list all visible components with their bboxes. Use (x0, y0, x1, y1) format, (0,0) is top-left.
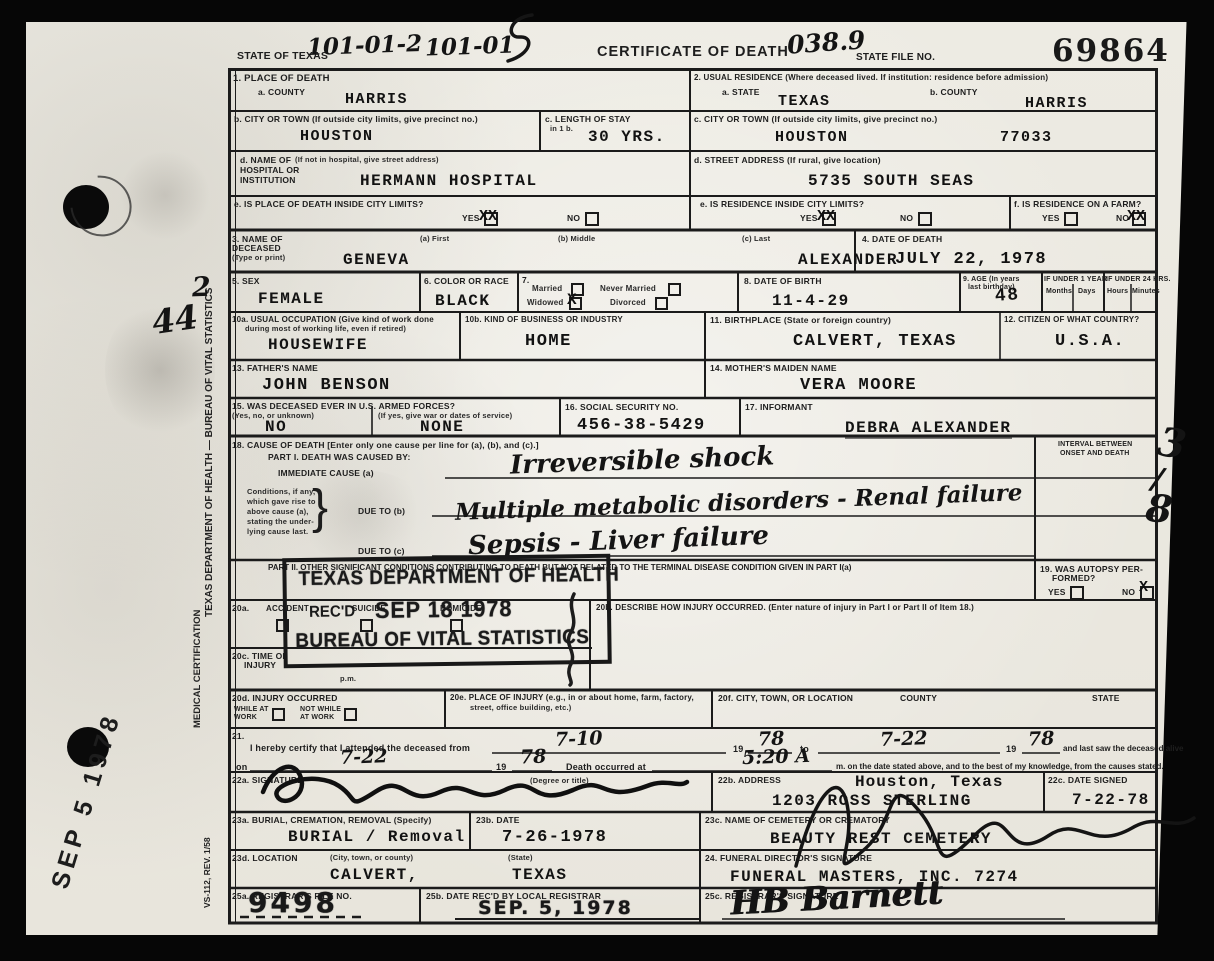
pm-label: p.m. (340, 674, 356, 683)
degree-or-title-label: (Degree or title) (530, 776, 589, 785)
autopsy-yes-checkbox (1070, 586, 1084, 600)
citizen-label: 12. CITIZEN OF WHAT COUNTRY? (1004, 315, 1139, 324)
not-while-at-work-label-1: NOT WHILE (300, 706, 341, 713)
sex-label: 5. SEX (232, 276, 260, 286)
residence-zip-value: 77033 (1000, 129, 1053, 146)
place-limits-no: NO (567, 213, 580, 223)
funeral-director-signature-scrawl (790, 748, 1200, 898)
if-under-1-year-label: IF UNDER 1 YEAR (1044, 276, 1107, 283)
birthplace-label: 11. BIRTHPLACE (State or foreign country… (710, 315, 891, 325)
never-married-label: Never Married (600, 284, 656, 293)
age-value: 48 (994, 285, 1020, 307)
hospital-name-label: d. NAME OF (240, 155, 291, 165)
burial-value: BURIAL / Removal (288, 828, 466, 846)
conditions-brace: } (312, 480, 328, 535)
divorced-checkbox (655, 297, 668, 310)
first-name-label: (a) First (420, 234, 449, 243)
not-while-at-work-label-2: AT WORK (300, 714, 334, 721)
place-of-injury-label-2: street, office building, etc.) (470, 703, 571, 712)
burial-location-state: TEXAS (512, 866, 568, 884)
length-of-stay-label: c. LENGTH OF STAY (545, 114, 631, 124)
farm-yes-checkbox (1064, 212, 1078, 226)
conditions-line-5: lying cause last. (247, 527, 308, 536)
deceased-label: DECEASED (232, 243, 281, 253)
birthplace-value: CALVERT, TEXAS (793, 332, 957, 351)
widowed-mark: X (567, 291, 577, 309)
residence-county-value: HARRIS (1025, 95, 1088, 112)
interval-note-8: 8 (1144, 485, 1175, 533)
if-under-24-hrs-label: IF UNDER 24 HRS. (1106, 276, 1171, 283)
place-limits-label: e. IS PLACE OF DEATH INSIDE CITY LIMITS? (234, 199, 424, 209)
conditions-line-4: stating the under- (247, 517, 314, 526)
received-stamp-line1: TEXAS DEPARTMENT OF HEALTH (298, 564, 619, 591)
conditions-line-1: Conditions, if any, (247, 487, 315, 496)
mother-value: VERA MOORE (800, 376, 917, 395)
armed-forces-label: 15. WAS DECEASED EVER IN U.S. ARMED FORC… (232, 401, 455, 411)
hours-label: Hours (1107, 288, 1128, 295)
date-of-birth-value: 11-4-29 (772, 292, 850, 310)
institution-label: INSTITUTION (240, 175, 296, 185)
handwritten-code-1: 101-01-2 (307, 30, 423, 61)
place-limits-yes-mark: XX (479, 208, 497, 225)
conditions-line-2: which gave rise to (247, 497, 316, 506)
certify-on: on (236, 762, 247, 772)
length-of-stay-value: 30 YRS. (588, 128, 666, 146)
date-of-birth-label: 8. DATE OF BIRTH (744, 276, 822, 286)
ssn-value: 456-38-5429 (577, 416, 706, 435)
place-of-injury-label-1: 20e. PLACE OF INJURY (e.g., in or about … (450, 693, 694, 702)
certificate-title: CERTIFICATE OF DEATH (597, 44, 789, 60)
father-value: JOHN BENSON (262, 376, 391, 395)
months-label: Months (1046, 288, 1072, 295)
industry-label: 10b. KIND OF BUSINESS OR INDUSTRY (465, 315, 623, 324)
injury-type-number: 20a. (232, 603, 249, 613)
conditions-line-3: above cause (a), (247, 507, 309, 516)
interval-label-1: INTERVAL BETWEEN (1058, 441, 1132, 448)
farm-label: f. IS RESIDENCE ON A FARM? (1014, 199, 1141, 209)
while-at-work-label-1: WHILE AT (234, 706, 269, 713)
registrar-file-value: 9498 (248, 886, 338, 919)
autopsy-label-2: FORMED? (1052, 573, 1095, 583)
race-value: BLACK (435, 292, 491, 310)
armed-forces-value2: NONE (420, 418, 464, 436)
farm-no-mark: XX (1127, 208, 1145, 225)
describe-injury-label: 20b. DESCRIBE HOW INJURY OCCURRED. (Ente… (596, 603, 974, 612)
place-of-death-label: 1. PLACE OF DEATH (233, 73, 330, 84)
street-address-label: d. STREET ADDRESS (If rural, give locati… (694, 155, 881, 165)
burial-date-label: 23b. DATE (476, 815, 520, 825)
residence-city-value: HOUSTON (775, 129, 849, 146)
scanned-death-certificate: STATE OF TEXAS 101-01-2 101-01 CERTIFICA… (0, 0, 1214, 961)
age-label-1: 9. AGE (In years (963, 276, 1020, 283)
autopsy-no-mark: X (1139, 579, 1148, 596)
place-limits-no-checkbox (585, 212, 599, 226)
never-married-checkbox (668, 283, 681, 296)
minutes-label: Minutes (1132, 288, 1160, 295)
mother-label: 14. MOTHER'S MAIDEN NAME (710, 363, 837, 373)
burial-location-sub2: (State) (508, 853, 533, 862)
length-of-stay-sublabel: in 1 b. (550, 124, 573, 133)
physician-signature-scrawl (255, 752, 695, 817)
margin-note-44: 44 (150, 297, 201, 342)
received-stamp-line3: BUREAU OF VITAL STATISTICS (295, 626, 589, 653)
residence-county-label: b. COUNTY (930, 87, 978, 97)
days-label: Days (1078, 288, 1096, 295)
ssn-label: 16. SOCIAL SECURITY NO. (565, 402, 678, 412)
burial-location-sub1: (City, town, or county) (330, 853, 413, 862)
residence-state-label: a. STATE (722, 87, 760, 97)
armed-forces-value1: NO (265, 418, 287, 436)
residence-limits-no-checkbox (918, 212, 932, 226)
hospital-value: HERMANN HOSPITAL (360, 172, 538, 190)
stamp-ink-squiggle (562, 592, 592, 687)
residence-limits-yes: YES (800, 213, 818, 223)
residence-limits-label: e. IS RESIDENCE INSIDE CITY LIMITS? (700, 199, 864, 209)
time-of-injury-label-2: INJURY (244, 660, 276, 670)
middle-name-label: (b) Middle (558, 234, 595, 243)
while-at-work-checkbox (272, 708, 285, 721)
widowed-label: Widowed (527, 298, 563, 307)
autopsy-no: NO (1122, 587, 1135, 597)
occupation-value: HOUSEWIFE (268, 336, 368, 354)
residence-limits-no: NO (900, 213, 913, 223)
divorced-label: Divorced (610, 298, 646, 307)
citizen-value: U.S.A. (1055, 332, 1125, 351)
injury-county-label: COUNTY (900, 693, 937, 703)
medical-certification-vertical-text: MEDICAL CERTIFICATION (192, 548, 203, 728)
hospital-or-label: HOSPITAL OR (240, 165, 300, 175)
while-at-work-label-2: WORK (234, 714, 257, 721)
hospital-name-sublabel: (If not in hospital, give street address… (295, 155, 439, 164)
race-label: 6. COLOR OR RACE (424, 276, 509, 286)
injury-location-label: 20f. CITY, TOWN, OR LOCATION (718, 693, 853, 703)
sex-value: FEMALE (258, 290, 325, 308)
burial-date-value: 7-26-1978 (502, 828, 607, 847)
received-stamp-date: SEP 18 1978 (375, 595, 513, 624)
department-vertical-text: TEXAS DEPARTMENT OF HEALTH — BUREAU OF V… (204, 162, 215, 617)
address-label: 22b. ADDRESS (718, 775, 781, 785)
occupation-label-1: 10a. USUAL OCCUPATION (Give kind of work… (232, 315, 434, 324)
burial-location-label: 23d. LOCATION (232, 853, 298, 863)
first-name-value: GENEVA (343, 251, 410, 269)
marital-number-label: 7. (522, 275, 530, 285)
county-label: a. COUNTY (258, 87, 305, 97)
farm-yes: YES (1042, 213, 1060, 223)
place-limits-yes: YES (462, 213, 480, 223)
married-label: Married (532, 284, 562, 293)
father-label: 13. FATHER'S NAME (232, 363, 318, 373)
industry-value: HOME (525, 332, 572, 351)
date-of-death-label: 4. DATE OF DEATH (862, 234, 942, 244)
residence-limits-yes-mark: XX (817, 208, 835, 225)
date-of-death-value: JULY 22, 1978 (895, 250, 1047, 269)
part1-label: PART I. DEATH WAS CAUSED BY: (268, 452, 411, 462)
injury-occurred-label: 20d. INJURY OCCURRED (232, 693, 338, 703)
certify-from-date: 7-10 (555, 727, 603, 751)
informant-value: DEBRA ALEXANDER (845, 419, 1012, 439)
certify-number: 21. (232, 731, 244, 741)
place-county-value: HARRIS (345, 91, 408, 108)
immediate-cause-label: IMMEDIATE CAUSE (a) (278, 468, 374, 478)
street-address-value: 5735 SOUTH SEAS (808, 172, 975, 190)
due-to-b-label: DUE TO (b) (358, 506, 405, 516)
informant-label: 17. INFORMANT (745, 402, 813, 412)
place-city-label: b. CITY OR TOWN (If outside city limits,… (234, 114, 478, 124)
injury-state-label: STATE (1092, 693, 1120, 703)
registrar-date-value: SEP. 5, 1978 (478, 897, 633, 919)
burial-label: 23a. BURIAL, CREMATION, REMOVAL (Specify… (232, 815, 431, 825)
residence-state-value: TEXAS (778, 93, 831, 110)
handwritten-flourish (498, 12, 540, 64)
form-code-vertical-text: VS-112, REV. 1/58 (202, 798, 212, 908)
last-name-label: (c) Last (742, 234, 770, 243)
occupation-label-2: during most of working life, even if ret… (245, 324, 406, 333)
last-name-value: ALEXANDER (798, 251, 898, 269)
due-to-c-label: DUE TO (c) (358, 546, 405, 556)
cause-of-death-label: 18. CAUSE OF DEATH [Enter only one cause… (232, 440, 539, 450)
state-file-number: 69864 (1052, 33, 1170, 69)
interval-label-2: ONSET AND DEATH (1060, 450, 1130, 457)
burial-location-city: CALVERT, (330, 866, 419, 884)
autopsy-yes: YES (1048, 587, 1066, 597)
not-while-at-work-checkbox (344, 708, 357, 721)
handwritten-code-3: 038.9 (786, 25, 866, 59)
place-city-value: HOUSTON (300, 128, 374, 145)
type-or-print-label: (Type or print) (232, 253, 285, 262)
residence-city-label: c. CITY OR TOWN (If outside city limits,… (694, 114, 937, 124)
state-file-no-label: STATE FILE NO. (856, 52, 935, 63)
usual-residence-label: 2. USUAL RESIDENCE (Where deceased lived… (694, 73, 1048, 82)
received-stamp-recd: REC'D (309, 603, 355, 622)
